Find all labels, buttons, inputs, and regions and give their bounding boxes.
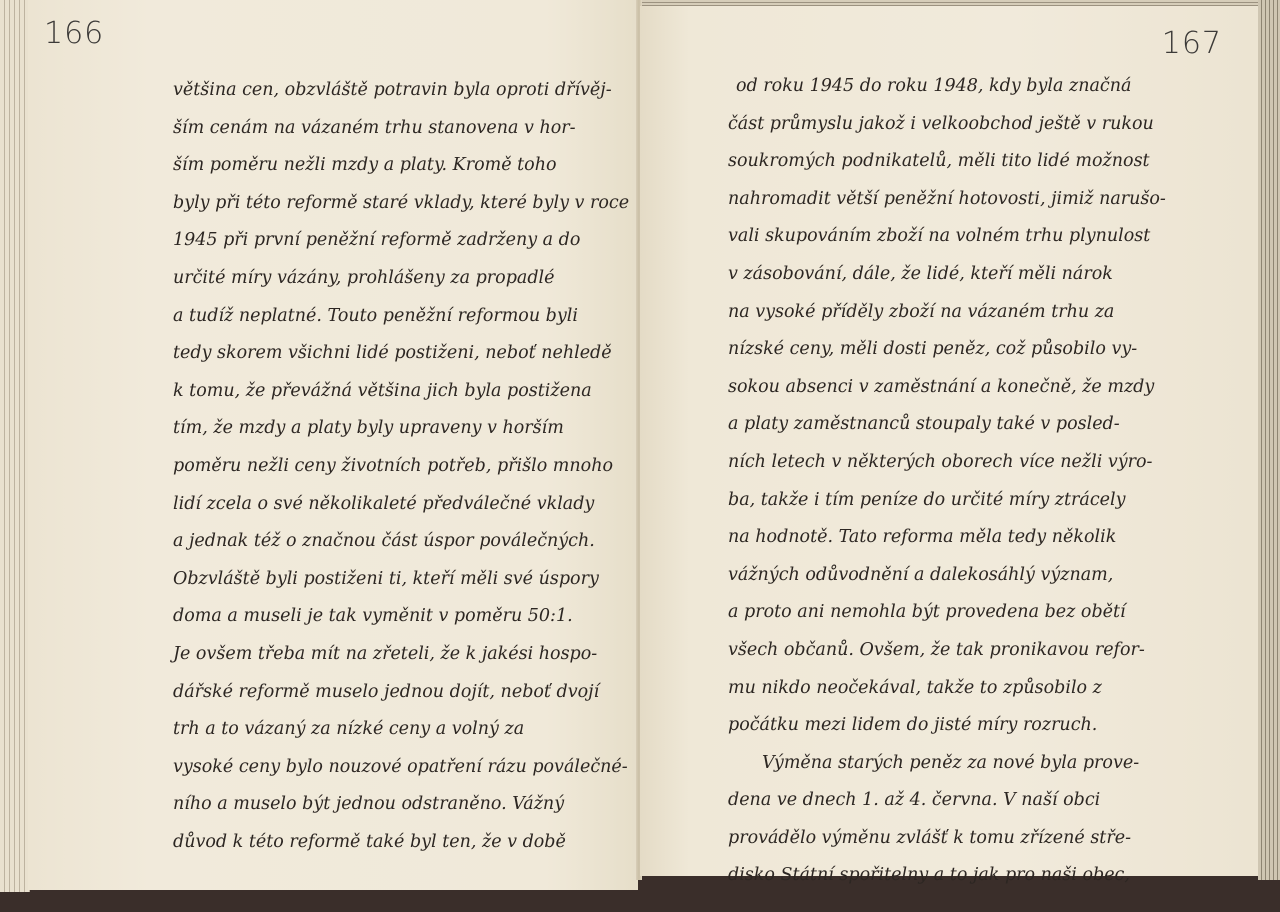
text-line: soukromých podnikatelů, měli tito lidé m…: [728, 143, 1166, 181]
right-page: 167 od roku 1945 do roku 1948, kdy byla …: [640, 6, 1258, 876]
text-line: od roku 1945 do roku 1948, kdy byla znač…: [728, 68, 1166, 106]
text-line: všech občanů. Ovšem, že tak pronikavou r…: [728, 632, 1166, 670]
text-line: většina cen, obzvláště potravin byla opr…: [173, 72, 629, 110]
text-line: ního a muselo být jednou odstraněno. Váž…: [173, 786, 629, 824]
text-line: na vysoké příděly zboží na vázaném trhu …: [728, 294, 1166, 332]
text-line: doma a museli je tak vyměnit v poměru 50…: [173, 598, 629, 636]
text-line: sokou absenci v zaměstnání a konečně, že…: [728, 369, 1166, 407]
text-line: k tomu, že převážná většina jich byla po…: [173, 373, 629, 411]
text-line: a proto ani nemohla být provedena bez ob…: [728, 594, 1166, 632]
text-line: byly při této reformě staré vklady, kter…: [173, 185, 629, 223]
text-line: ším cenám na vázaném trhu stanovena v ho…: [173, 110, 629, 148]
text-line: nahromadit větší peněžní hotovosti, jimi…: [728, 181, 1166, 219]
text-line: dena ve dnech 1. až 4. června. V naší ob…: [728, 782, 1166, 820]
text-line: vysoké ceny bylo nouzové opatření rázu p…: [173, 749, 629, 787]
text-line: a tudíž neplatné. Touto peněžní reformou…: [173, 298, 629, 336]
text-line: vážných odůvodnění a dalekosáhlý význam,: [728, 557, 1166, 595]
text-line: ba, takže i tím peníze do určité míry zt…: [728, 482, 1166, 520]
text-line: v zásobování, dále, že lidé, kteří měli …: [728, 256, 1166, 294]
page-number-left: 166: [44, 16, 104, 51]
text-line: dářské reformě muselo jednou dojít, nebo…: [173, 674, 629, 712]
text-line: a jednak též o značnou část úspor povále…: [173, 523, 629, 561]
left-page: 166 většina cen, obzvláště potravin byla…: [28, 0, 638, 890]
text-line: Je ovšem třeba mít na zřeteli, že k jaké…: [173, 636, 629, 674]
paragraph-start-line: Výměna starých peněz za nové byla prove-: [728, 745, 1166, 783]
text-line: disko Státní spořitelny a to jak pro naš…: [728, 857, 1166, 895]
page-edges-right: [1258, 0, 1280, 880]
page-number-right: 167: [1162, 26, 1222, 61]
text-line: 1945 při první peněžní reformě zadrženy …: [173, 222, 629, 260]
text-line: trh a to vázaný za nízké ceny a volný za: [173, 711, 629, 749]
text-line: vali skupováním zboží na volném trhu ply…: [728, 218, 1166, 256]
text-line: na hodnotě. Tato reforma měla tedy někol…: [728, 519, 1166, 557]
text-line: provádělo výměnu zvlášť k tomu zřízené s…: [728, 820, 1166, 858]
text-line: nízské ceny, měli dosti peněz, což působ…: [728, 331, 1166, 369]
text-line: mu nikdo neočekával, takže to způsobilo …: [728, 670, 1166, 708]
right-page-text: od roku 1945 do roku 1948, kdy byla znač…: [728, 68, 1166, 895]
text-line: Obzvláště byli postiženi ti, kteří měli …: [173, 561, 629, 599]
text-line: důvod k této reformě také byl ten, že v …: [173, 824, 629, 862]
text-line: část průmyslu jakož i velkoobchod ještě …: [728, 106, 1166, 144]
text-line: tedy skorem všichni lidé postiženi, nebo…: [173, 335, 629, 373]
text-line: poměru nežli ceny životních potřeb, přiš…: [173, 448, 629, 486]
text-line: lidí zcela o své několikaleté předválečn…: [173, 486, 629, 524]
text-line: ším poměru nežli mzdy a platy. Kromě toh…: [173, 147, 629, 185]
text-line: tím, že mzdy a platy byly upraveny v hor…: [173, 410, 629, 448]
text-line: a platy zaměstnanců stoupaly také v posl…: [728, 406, 1166, 444]
page-edges-left: [0, 0, 30, 892]
book-scan: 166 většina cen, obzvláště potravin byla…: [0, 0, 1280, 912]
left-page-text: většina cen, obzvláště potravin byla opr…: [173, 72, 629, 861]
text-line: počátku mezi lidem do jisté míry rozruch…: [728, 707, 1166, 745]
text-line: určité míry vázány, prohlášeny za propad…: [173, 260, 629, 298]
text-line: ních letech v některých oborech více než…: [728, 444, 1166, 482]
